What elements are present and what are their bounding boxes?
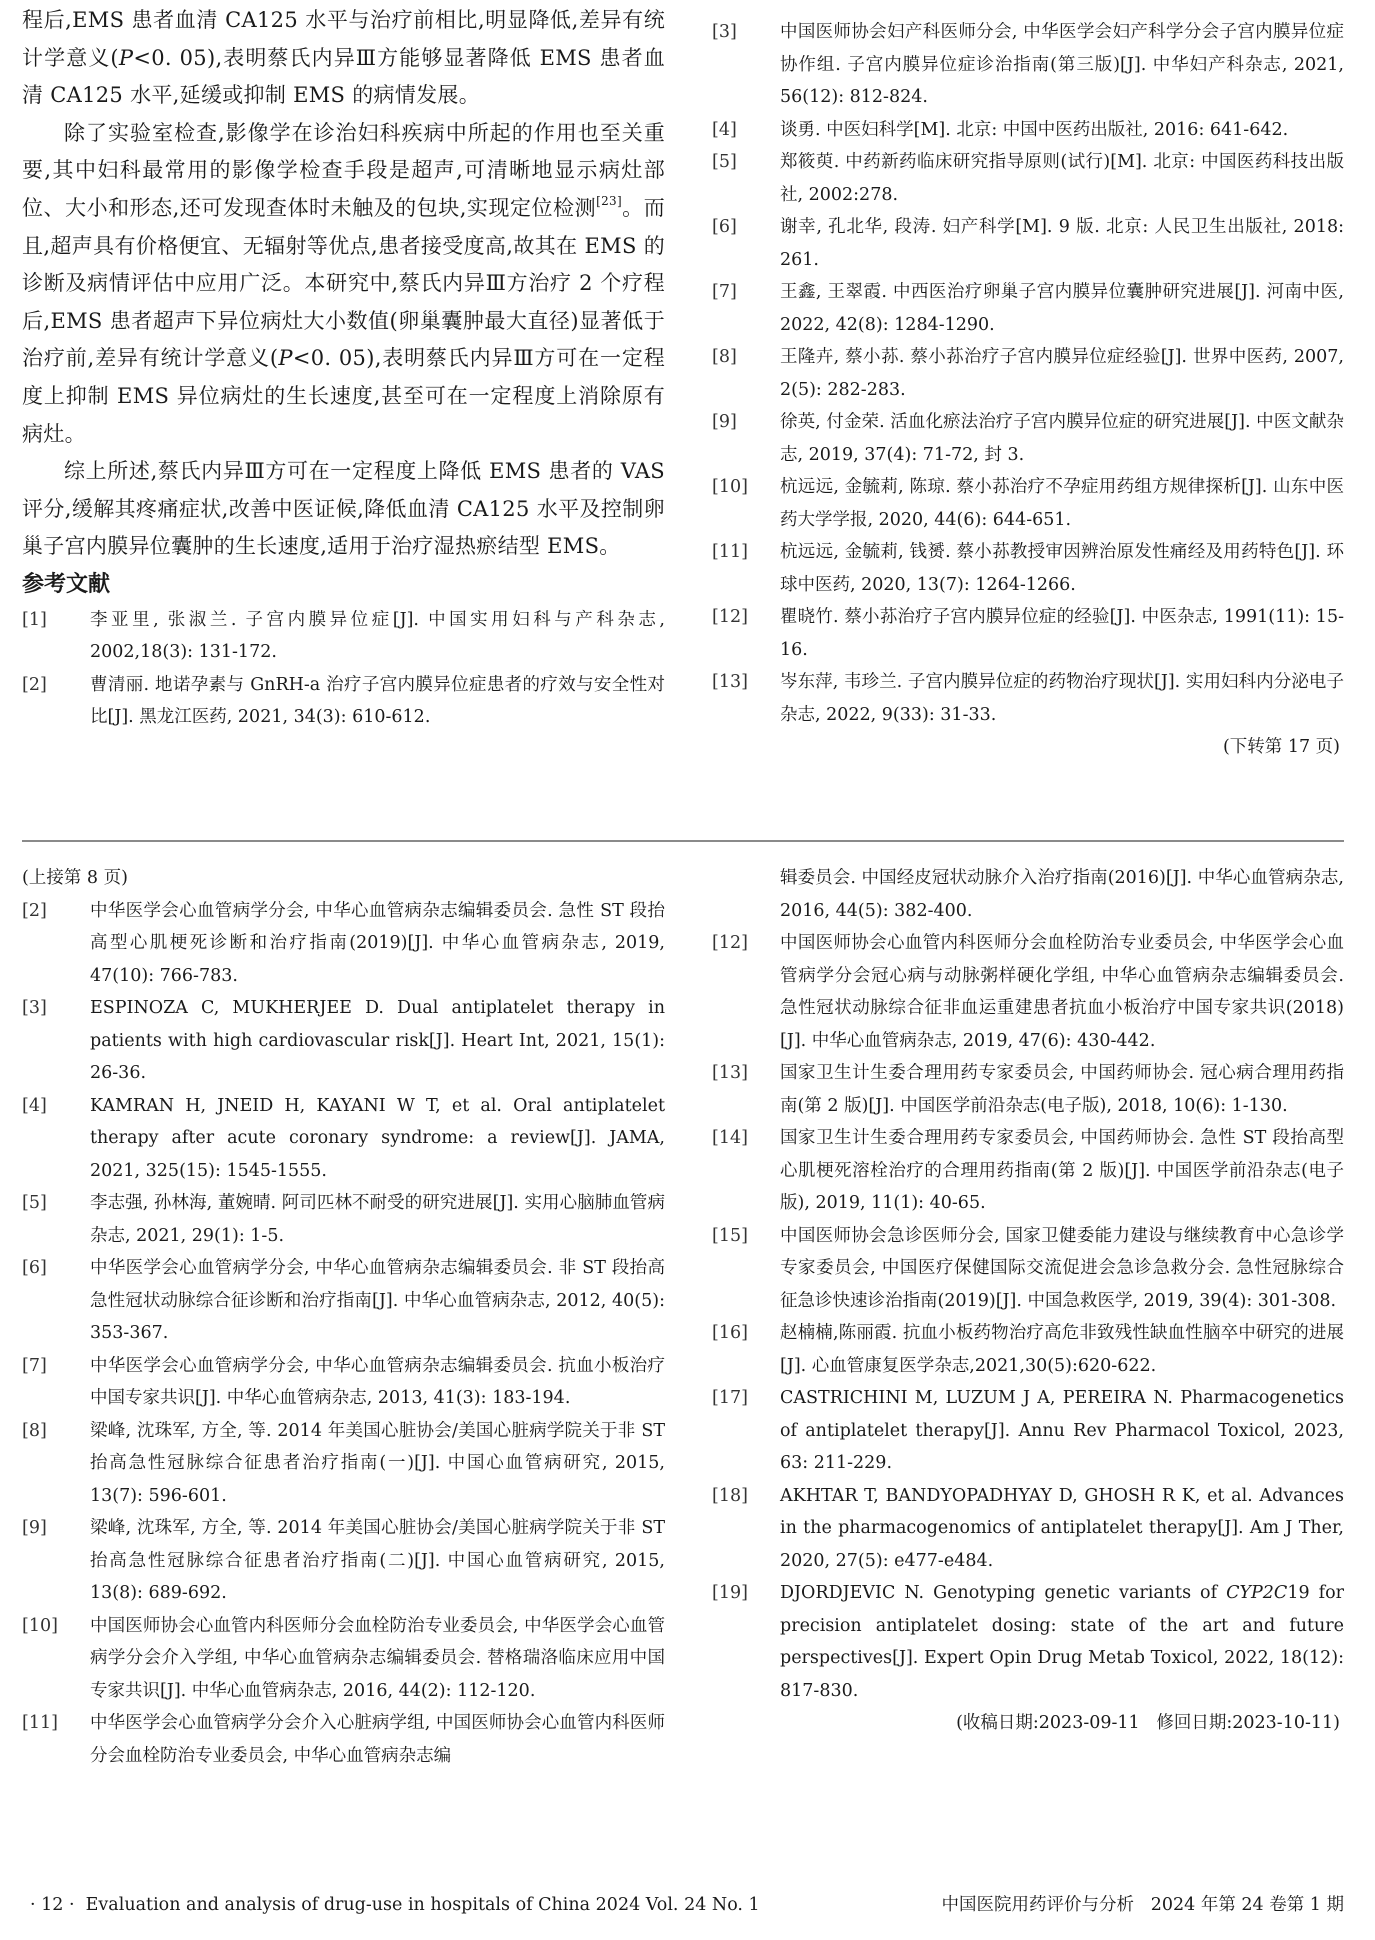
- reference-text: 梁峰, 沈珠军, 方全, 等. 2014 年美国心脏协会/美国心脏病学院关于非 …: [90, 1415, 665, 1513]
- reference-item: [13]国家卫生计生委合理用药专家委员会, 中国药师协会. 冠心病合理用药指南(…: [712, 1057, 1344, 1122]
- reference-item: [13]岑东萍, 韦珍兰. 子宫内膜异位症的药物治疗现状[J]. 实用妇科内分泌…: [712, 666, 1344, 731]
- reference-number: [5]: [712, 146, 780, 211]
- reference-text: 杭远远, 金毓莉, 陈琼. 蔡小荪治疗不孕症用药组方规律探析[J]. 山东中医药…: [780, 471, 1344, 536]
- reference-number: [2]: [22, 669, 90, 734]
- reference-item: [8]王隆卉, 蔡小荪. 蔡小荪治疗子宫内膜异位症经验[J]. 世界中医药, 2…: [712, 341, 1344, 406]
- reference-item: [3]ESPINOZA C, MUKHERJEE D. Dual antipla…: [22, 992, 665, 1090]
- reference-text: 辑委员会. 中国经皮冠状动脉介入治疗指南(2016)[J]. 中华心血管病杂志,…: [780, 862, 1344, 927]
- reference-number: [12]: [712, 927, 780, 1057]
- reference-text: 杭远远, 金毓莉, 钱赟. 蔡小荪教授审因辨治原发性痛经及用药特色[J]. 环球…: [780, 536, 1344, 601]
- reference-item: [2]曹清丽. 地诺孕素与 GnRH-a 治疗子宫内膜异位症患者的疗效与安全性对…: [22, 669, 665, 734]
- text-segment: 除了实验室检查,影像学在诊治妇科疾病中所起的作用也至关重要,其中妇科最常用的影像…: [22, 121, 665, 220]
- reference-item: [6]谢幸, 孔北华, 段涛. 妇产科学[M]. 9 版. 北京: 人民卫生出版…: [712, 211, 1344, 276]
- reference-number: [6]: [22, 1252, 90, 1350]
- reference-item: [15]中国医师协会急诊医师分会, 国家卫健委能力建设与继续教育中心急诊学专家委…: [712, 1220, 1344, 1318]
- reference-item: [17]CASTRICHINI M, LUZUM J A, PEREIRA N.…: [712, 1382, 1344, 1480]
- body-paragraph-1: 程后,EMS 患者血清 CA125 水平与治疗前相比,明显降低,差异有统计学意义…: [22, 2, 665, 115]
- reference-number: [5]: [22, 1187, 90, 1252]
- references-column-bottom-right: 辑委员会. 中国经皮冠状动脉介入治疗指南(2016)[J]. 中华心血管病杂志,…: [712, 862, 1344, 1740]
- reference-item: [7]王鑫, 王翠霞. 中西医治疗卵巢子宫内膜异位囊肿研究进展[J]. 河南中医…: [712, 276, 1344, 341]
- reference-text: 岑东萍, 韦珍兰. 子宫内膜异位症的药物治疗现状[J]. 实用妇科内分泌电子杂志…: [780, 666, 1344, 731]
- reference-item: [9]梁峰, 沈珠军, 方全, 等. 2014 年美国心脏协会/美国心脏病学院关…: [22, 1512, 665, 1610]
- p-value-symbol: P: [278, 346, 292, 370]
- citation-superscript[interactable]: [23]: [596, 194, 622, 208]
- reference-number: [13]: [712, 666, 780, 731]
- reference-number: [9]: [22, 1512, 90, 1610]
- reference-text: 中国医师协会急诊医师分会, 国家卫健委能力建设与继续教育中心急诊学专家委员会, …: [780, 1220, 1344, 1318]
- reference-number: [1]: [22, 604, 90, 669]
- reference-text: 曹清丽. 地诺孕素与 GnRH-a 治疗子宫内膜异位症患者的疗效与安全性对比[J…: [90, 669, 665, 734]
- reference-item: [12]瞿晓竹. 蔡小荪治疗子宫内膜异位症的经验[J]. 中医杂志, 1991(…: [712, 601, 1344, 666]
- reference-number: [712, 862, 780, 927]
- reference-item: [8]梁峰, 沈珠军, 方全, 等. 2014 年美国心脏协会/美国心脏病学院关…: [22, 1415, 665, 1513]
- body-paragraph-3: 综上所述,蔡氏内异Ⅲ方可在一定程度上降低 EMS 患者的 VAS 评分,缓解其疼…: [22, 453, 665, 566]
- text-segment: 。而且,超声具有价格便宜、无辐射等优点,患者接受度高,故其在 EMS 的诊断及病…: [22, 196, 665, 370]
- footer-english-journal-info: · 12 · Evaluation and analysis of drug-u…: [30, 1890, 760, 1920]
- reference-item: [9]徐英, 付金荣. 活血化瘀法治疗子宫内膜异位症的研究进展[J]. 中医文献…: [712, 406, 1344, 471]
- reference-text: 国家卫生计生委合理用药专家委员会, 中国药师协会. 冠心病合理用药指南(第 2 …: [780, 1057, 1344, 1122]
- text-segment: 综上所述,蔡氏内异Ⅲ方可在一定程度上降低 EMS 患者的 VAS 评分,缓解其疼…: [22, 459, 665, 558]
- received-revised-dates: (收稿日期:2023-09-11 修回日期:2023-10-11): [712, 1707, 1344, 1740]
- reference-item: [11]中华医学会心血管病学分会介入心脏病学组, 中国医师协会心血管内科医师分会…: [22, 1707, 665, 1772]
- reference-number: [15]: [712, 1220, 780, 1318]
- continued-from-page-note: (上接第 8 页): [22, 862, 665, 895]
- reference-text: KAMRAN H, JNEID H, KAYANI W T, et al. Or…: [90, 1090, 665, 1188]
- reference-text: 中华医学会心血管病学分会, 中华心血管病杂志编辑委员会. 非 ST 段抬高急性冠…: [90, 1252, 665, 1350]
- reference-number: [12]: [712, 601, 780, 666]
- footer-chinese-journal-info: 中国医院用药评价与分析 2024 年第 24 卷第 1 期: [942, 1890, 1344, 1920]
- reference-text: 李志强, 孙林海, 董婉晴. 阿司匹林不耐受的研究进展[J]. 实用心脑肺血管病…: [90, 1187, 665, 1252]
- reference-text: 瞿晓竹. 蔡小荪治疗子宫内膜异位症的经验[J]. 中医杂志, 1991(11):…: [780, 601, 1344, 666]
- reference-number: [7]: [22, 1350, 90, 1415]
- reference-item: [10]杭远远, 金毓莉, 陈琼. 蔡小荪治疗不孕症用药组方规律探析[J]. 山…: [712, 471, 1344, 536]
- reference-text: 中华医学会心血管病学分会介入心脏病学组, 中国医师协会心血管内科医师分会血栓防治…: [90, 1707, 665, 1772]
- reference-text: 谈勇. 中医妇科学[M]. 北京: 中国中医药出版社, 2016: 641-64…: [780, 114, 1344, 147]
- reference-item: [18]AKHTAR T, BANDYOPADHYAY D, GHOSH R K…: [712, 1480, 1344, 1578]
- reference-item: [4]KAMRAN H, JNEID H, KAYANI W T, et al.…: [22, 1090, 665, 1188]
- reference-number: [17]: [712, 1382, 780, 1480]
- reference-number: [10]: [22, 1610, 90, 1708]
- reference-number: [8]: [22, 1415, 90, 1513]
- reference-number: [14]: [712, 1122, 780, 1220]
- reference-text: 国家卫生计生委合理用药专家委员会, 中国药师协会. 急性 ST 段抬高型心肌梗死…: [780, 1122, 1344, 1220]
- reference-item: [6]中华医学会心血管病学分会, 中华心血管病杂志编辑委员会. 非 ST 段抬高…: [22, 1252, 665, 1350]
- reference-text: 王鑫, 王翠霞. 中西医治疗卵巢子宫内膜异位囊肿研究进展[J]. 河南中医, 2…: [780, 276, 1344, 341]
- reference-number: [3]: [22, 992, 90, 1090]
- references-column-top-right: [3]中国医师协会妇产科医师分会, 中华医学会妇产科学分会子宫内膜异位症协作组.…: [712, 16, 1344, 764]
- page-footer: · 12 · Evaluation and analysis of drug-u…: [22, 1890, 1344, 1920]
- reference-item: [2]中华医学会心血管病学分会, 中华心血管病杂志编辑委员会. 急性 ST 段抬…: [22, 895, 665, 993]
- reference-number: [13]: [712, 1057, 780, 1122]
- article-column-top-left: 程后,EMS 患者血清 CA125 水平与治疗前相比,明显降低,差异有统计学意义…: [22, 2, 665, 734]
- reference-item: [1]李亚里, 张淑兰. 子宫内膜异位症[J]. 中国实用妇科与产科杂志, 20…: [22, 604, 665, 669]
- reference-number: [18]: [712, 1480, 780, 1578]
- reference-text: 梁峰, 沈珠军, 方全, 等. 2014 年美国心脏协会/美国心脏病学院关于非 …: [90, 1512, 665, 1610]
- reference-text: 李亚里, 张淑兰. 子宫内膜异位症[J]. 中国实用妇科与产科杂志, 2002,…: [90, 604, 665, 669]
- reference-text: ESPINOZA C, MUKHERJEE D. Dual antiplatel…: [90, 992, 665, 1090]
- reference-text: 郑筱萸. 中药新药临床研究指导原则(试行)[M]. 北京: 中国医药科技出版社,…: [780, 146, 1344, 211]
- reference-item: [16]赵楠楠,陈丽霞. 抗血小板药物治疗高危非致残性缺血性脑卒中研究的进展[J…: [712, 1317, 1344, 1382]
- reference-text: 中国医师协会妇产科医师分会, 中华医学会妇产科学分会子宫内膜异位症协作组. 子宫…: [780, 16, 1344, 114]
- reference-item: [19]DJORDJEVIC N. Genotyping genetic var…: [712, 1577, 1344, 1707]
- references-heading: 参考文献: [22, 568, 665, 602]
- reference-number: [11]: [712, 536, 780, 601]
- reference-item: [7]中华医学会心血管病学分会, 中华心血管病杂志编辑委员会. 抗血小板治疗中国…: [22, 1350, 665, 1415]
- reference-number: [7]: [712, 276, 780, 341]
- reference-number: [10]: [712, 471, 780, 536]
- body-paragraph-2: 除了实验室检查,影像学在诊治妇科疾病中所起的作用也至关重要,其中妇科最常用的影像…: [22, 115, 665, 453]
- reference-text: 中国医师协会心血管内科医师分会血栓防治专业委员会, 中华医学会心血管病学分会介入…: [90, 1610, 665, 1708]
- reference-number: [4]: [712, 114, 780, 147]
- reference-text: 王隆卉, 蔡小荪. 蔡小荪治疗子宫内膜异位症经验[J]. 世界中医药, 2007…: [780, 341, 1344, 406]
- reference-number: [11]: [22, 1707, 90, 1772]
- reference-text: 中国医师协会心血管内科医师分会血栓防治专业委员会, 中华医学会心血管病学分会冠心…: [780, 927, 1344, 1057]
- reference-number: [8]: [712, 341, 780, 406]
- reference-item: 辑委员会. 中国经皮冠状动脉介入治疗指南(2016)[J]. 中华心血管病杂志,…: [712, 862, 1344, 927]
- reference-number: [19]: [712, 1577, 780, 1707]
- reference-number: [2]: [22, 895, 90, 993]
- reference-item: [5]李志强, 孙林海, 董婉晴. 阿司匹林不耐受的研究进展[J]. 实用心脑肺…: [22, 1187, 665, 1252]
- references-column-bottom-left: (上接第 8 页) [2]中华医学会心血管病学分会, 中华心血管病杂志编辑委员会…: [22, 862, 665, 1772]
- reference-text: 徐英, 付金荣. 活血化瘀法治疗子宫内膜异位症的研究进展[J]. 中医文献杂志,…: [780, 406, 1344, 471]
- reference-item: [5]郑筱萸. 中药新药临床研究指导原则(试行)[M]. 北京: 中国医药科技出…: [712, 146, 1344, 211]
- reference-text: 赵楠楠,陈丽霞. 抗血小板药物治疗高危非致残性缺血性脑卒中研究的进展[J]. 心…: [780, 1317, 1344, 1382]
- reference-item: [10]中国医师协会心血管内科医师分会血栓防治专业委员会, 中华医学会心血管病学…: [22, 1610, 665, 1708]
- reference-item: [14]国家卫生计生委合理用药专家委员会, 中国药师协会. 急性 ST 段抬高型…: [712, 1122, 1344, 1220]
- reference-number: [6]: [712, 211, 780, 276]
- reference-number: [3]: [712, 16, 780, 114]
- reference-text: 中华医学会心血管病学分会, 中华心血管病杂志编辑委员会. 抗血小板治疗中国专家共…: [90, 1350, 665, 1415]
- reference-text: 中华医学会心血管病学分会, 中华心血管病杂志编辑委员会. 急性 ST 段抬高型心…: [90, 895, 665, 993]
- reference-item: [12]中国医师协会心血管内科医师分会血栓防治专业委员会, 中华医学会心血管病学…: [712, 927, 1344, 1057]
- reference-number: [4]: [22, 1090, 90, 1188]
- reference-item: [3]中国医师协会妇产科医师分会, 中华医学会妇产科学分会子宫内膜异位症协作组.…: [712, 16, 1344, 114]
- section-divider: [22, 840, 1344, 842]
- reference-number: [9]: [712, 406, 780, 471]
- gene-name-italic: CYP2C: [1226, 1583, 1287, 1603]
- reference-text: AKHTAR T, BANDYOPADHYAY D, GHOSH R K, et…: [780, 1480, 1344, 1578]
- reference-text: 谢幸, 孔北华, 段涛. 妇产科学[M]. 9 版. 北京: 人民卫生出版社, …: [780, 211, 1344, 276]
- reference-item: [11]杭远远, 金毓莉, 钱赟. 蔡小荪教授审因辨治原发性痛经及用药特色[J]…: [712, 536, 1344, 601]
- reference-text: DJORDJEVIC N. Genotyping genetic variant…: [780, 1577, 1344, 1707]
- p-value-symbol: P: [119, 46, 133, 70]
- reference-text: CASTRICHINI M, LUZUM J A, PEREIRA N. Pha…: [780, 1382, 1344, 1480]
- reference-number: [16]: [712, 1317, 780, 1382]
- continued-on-page-note: (下转第 17 页): [712, 731, 1344, 764]
- reference-item: [4]谈勇. 中医妇科学[M]. 北京: 中国中医药出版社, 2016: 641…: [712, 114, 1344, 147]
- reference-text-segment: DJORDJEVIC N. Genotyping genetic variant…: [780, 1583, 1226, 1603]
